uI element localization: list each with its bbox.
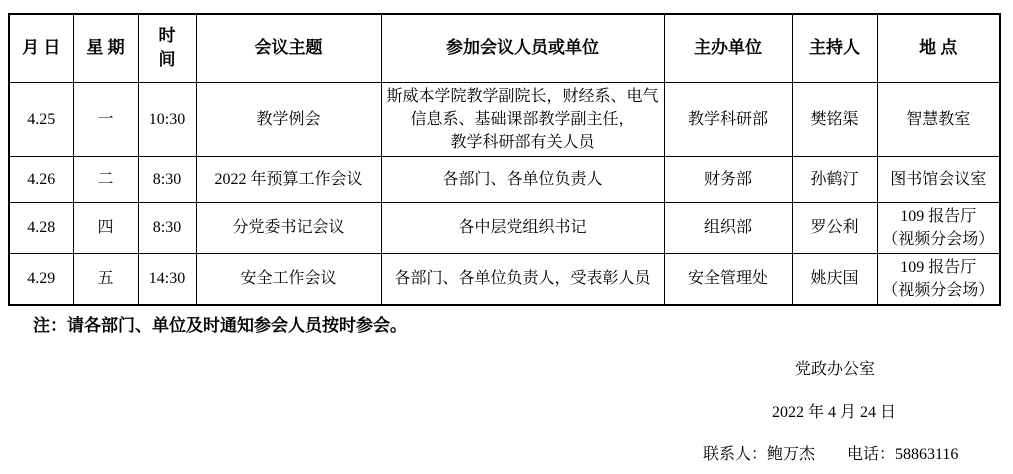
cell-topic: 安全工作会议 <box>196 253 381 305</box>
cell-date: 4.28 <box>9 202 73 253</box>
cell-time: 10:30 <box>138 82 196 156</box>
cell-host: 罗公利 <box>792 202 877 253</box>
contact-info: 联系人：鲍万杰 电话：58863116 <box>703 441 958 464</box>
cell-location: 109 报告厅 （视频分会场） <box>877 202 1000 253</box>
header-topic: 会议主题 <box>196 14 381 82</box>
signature-date: 2022 年 4 月 24 日 <box>772 399 896 422</box>
table-row: 4.25 一 10:30 教学例会 斯威本学院教学副院长，财经系、电气 信息系、… <box>9 82 1000 156</box>
cell-date: 4.26 <box>9 156 73 202</box>
header-host: 主持人 <box>792 14 877 82</box>
cell-participants: 各部门、各单位负责人 <box>381 156 664 202</box>
cell-time: 8:30 <box>138 202 196 253</box>
cell-organizer: 安全管理处 <box>664 253 792 305</box>
cell-weekday: 二 <box>73 156 138 202</box>
signature-office: 党政办公室 <box>795 356 875 379</box>
table-row: 4.26 二 8:30 2022 年预算工作会议 各部门、各单位负责人 财务部 … <box>9 156 1000 202</box>
cell-location: 109 报告厅 （视频分会场） <box>877 253 1000 305</box>
header-participants: 参加会议人员或单位 <box>381 14 664 82</box>
header-weekday: 星 期 <box>73 14 138 82</box>
cell-location: 图书馆会议室 <box>877 156 1000 202</box>
cell-organizer: 组织部 <box>664 202 792 253</box>
cell-weekday: 四 <box>73 202 138 253</box>
meeting-schedule-table: 月 日 星 期 时 间 会议主题 参加会议人员或单位 主办单位 主持人 地 点 … <box>8 13 1001 306</box>
header-time: 时 间 <box>138 14 196 82</box>
notice-note: 注：请各部门、单位及时通知参会人员按时参会。 <box>33 311 407 336</box>
cell-host: 姚庆国 <box>792 253 877 305</box>
cell-weekday: 五 <box>73 253 138 305</box>
cell-time: 8:30 <box>138 156 196 202</box>
cell-topic: 教学例会 <box>196 82 381 156</box>
header-organizer: 主办单位 <box>664 14 792 82</box>
cell-participants: 斯威本学院教学副院长，财经系、电气 信息系、基础课部教学副主任， 教学科研部有关… <box>381 82 664 156</box>
cell-date: 4.29 <box>9 253 73 305</box>
cell-topic: 分党委书记会议 <box>196 202 381 253</box>
table-row: 4.28 四 8:30 分党委书记会议 各中层党组织书记 组织部 罗公利 109… <box>9 202 1000 253</box>
cell-organizer: 教学科研部 <box>664 82 792 156</box>
cell-host: 孙鹤汀 <box>792 156 877 202</box>
header-month-day: 月 日 <box>9 14 73 82</box>
cell-participants: 各部门、各单位负责人，受表彰人员 <box>381 253 664 305</box>
cell-time: 14:30 <box>138 253 196 305</box>
cell-date: 4.25 <box>9 82 73 156</box>
cell-organizer: 财务部 <box>664 156 792 202</box>
table-header-row: 月 日 星 期 时 间 会议主题 参加会议人员或单位 主办单位 主持人 地 点 <box>9 14 1000 82</box>
cell-weekday: 一 <box>73 82 138 156</box>
cell-location: 智慧教室 <box>877 82 1000 156</box>
header-location: 地 点 <box>877 14 1000 82</box>
cell-participants: 各中层党组织书记 <box>381 202 664 253</box>
meeting-schedule-page: 月 日 星 期 时 间 会议主题 参加会议人员或单位 主办单位 主持人 地 点 … <box>0 0 1013 474</box>
table-row: 4.29 五 14:30 安全工作会议 各部门、各单位负责人，受表彰人员 安全管… <box>9 253 1000 305</box>
cell-host: 樊铭渠 <box>792 82 877 156</box>
cell-topic: 2022 年预算工作会议 <box>196 156 381 202</box>
